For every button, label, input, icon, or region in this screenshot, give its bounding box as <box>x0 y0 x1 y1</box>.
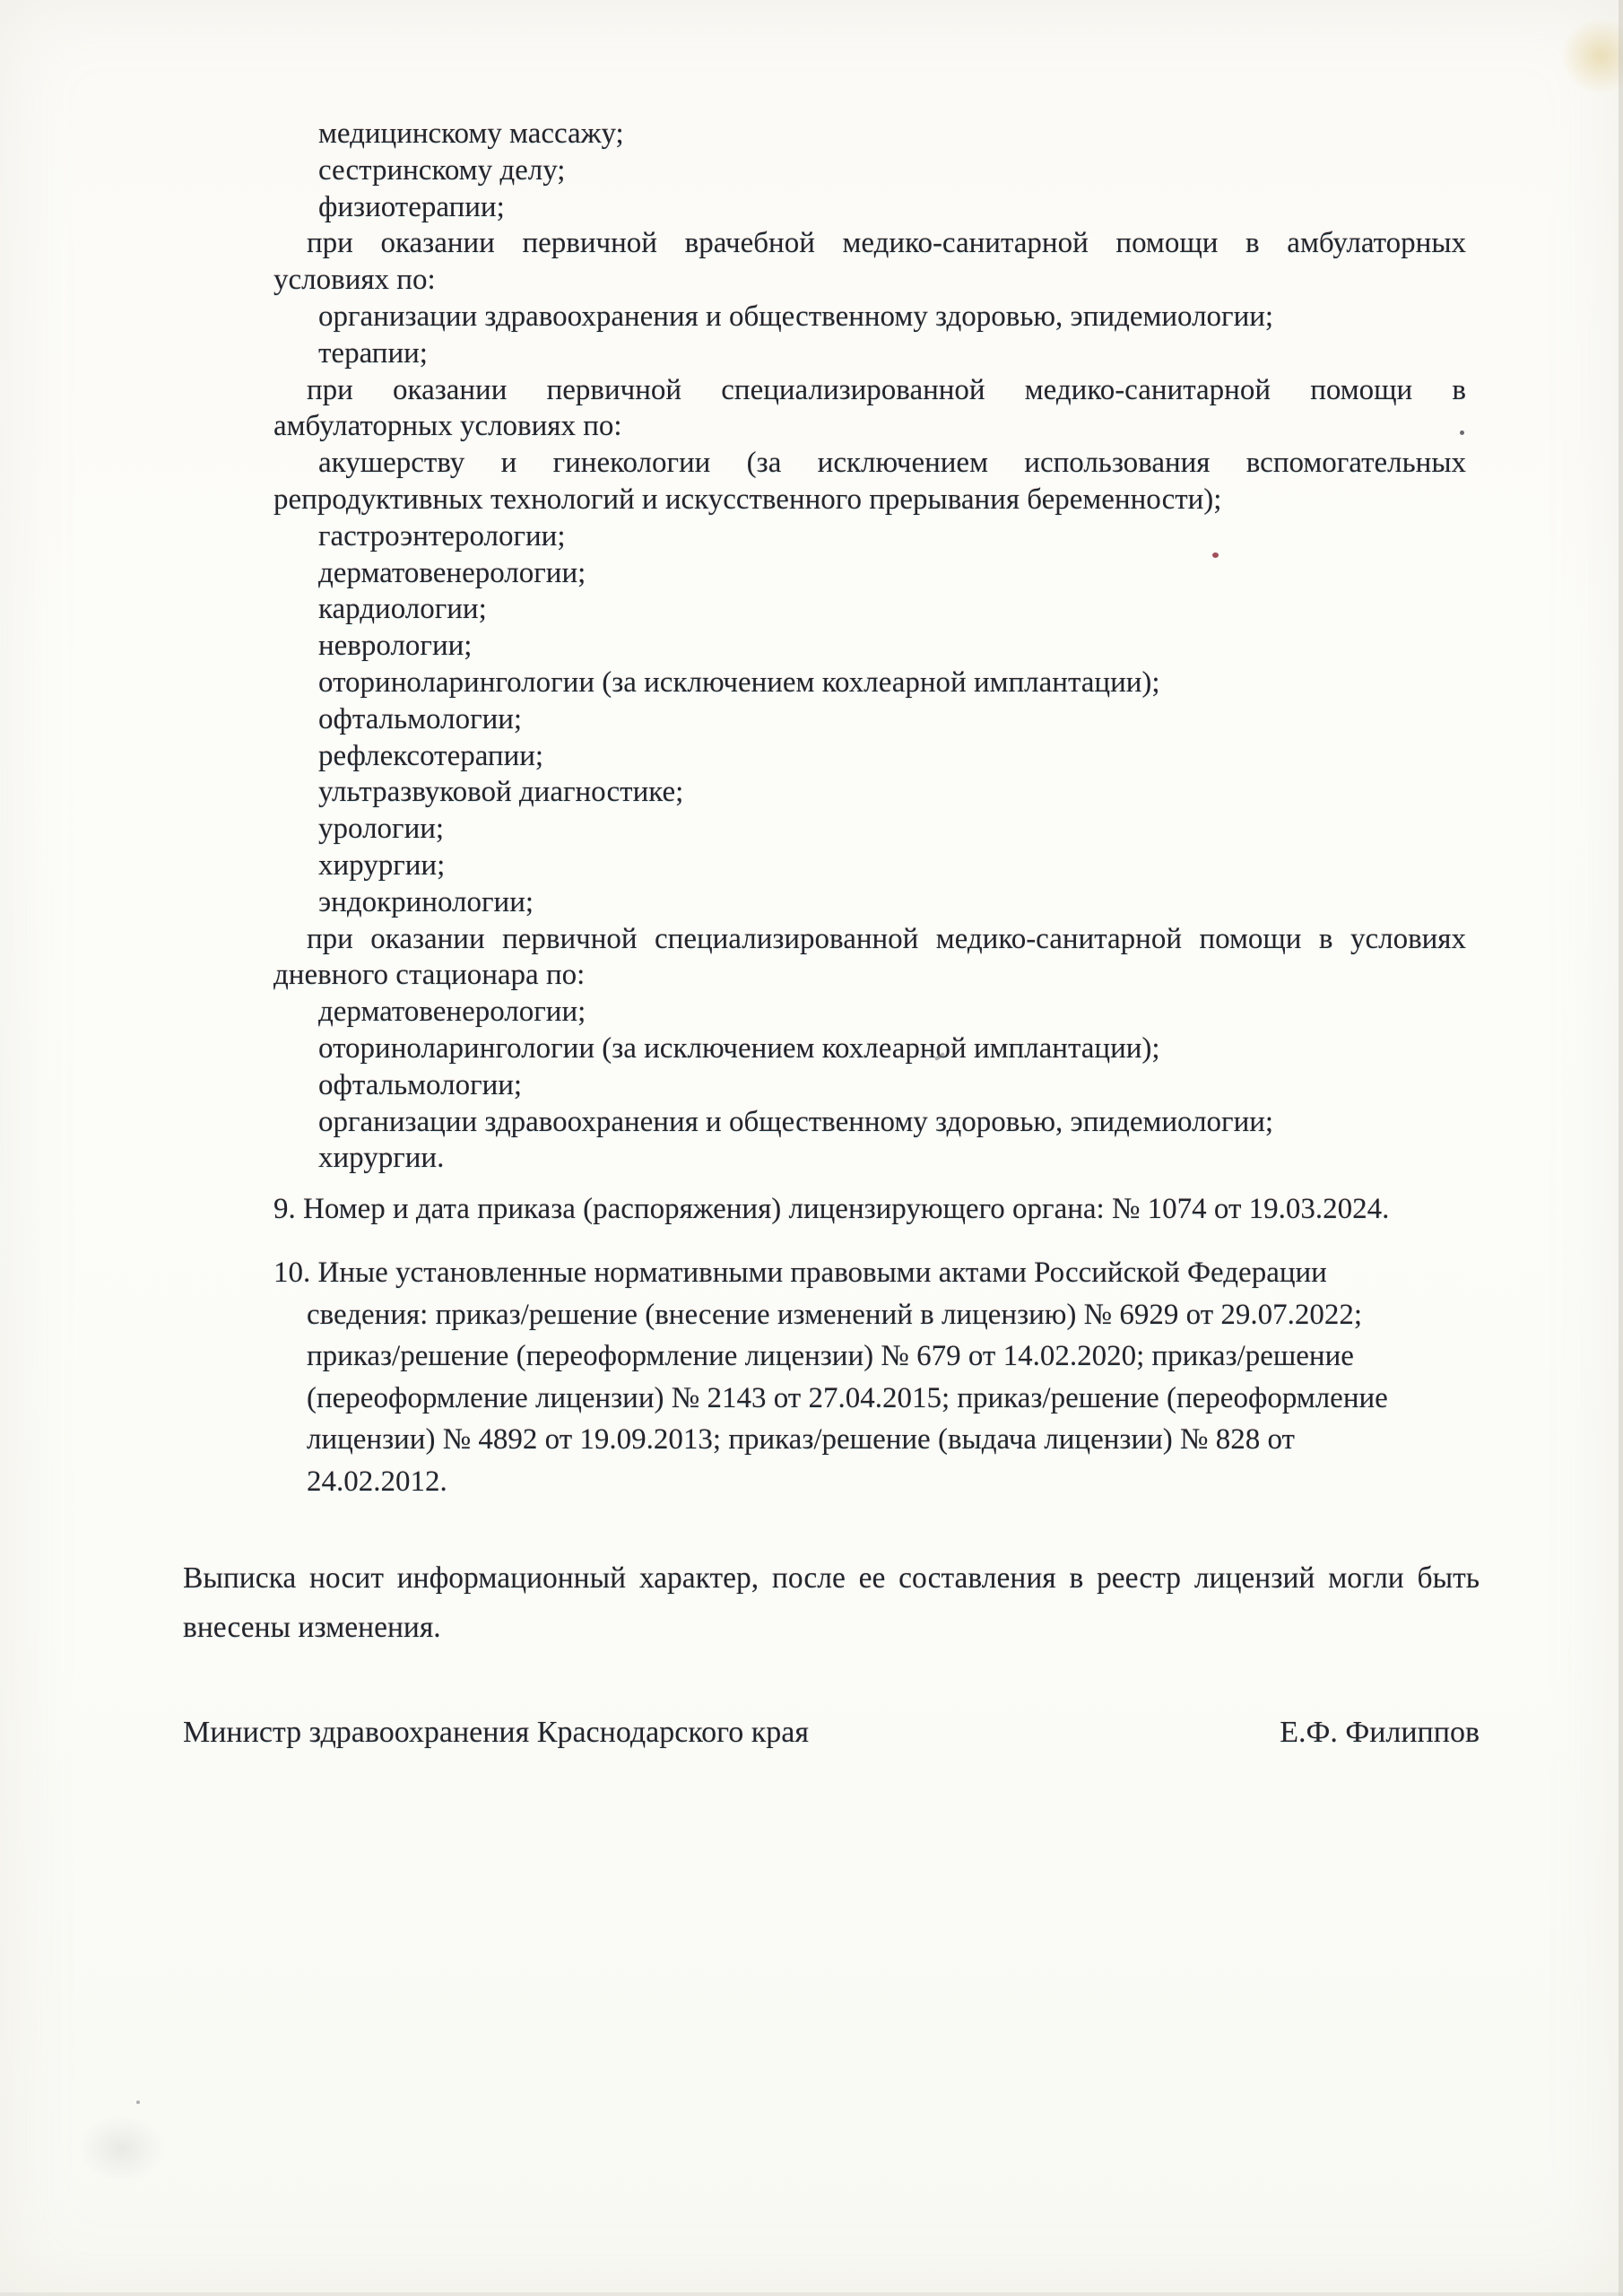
text-line: физиотерапии; <box>273 189 1466 226</box>
text-line: хирургии. <box>273 1140 1466 1177</box>
text-line: дневного стационара по: <box>273 957 1466 994</box>
text-line: организации здравоохранения и общественн… <box>273 1104 1466 1141</box>
text-line: организации здравоохранения и общественн… <box>273 299 1466 335</box>
text-line: неврологии; <box>273 628 1466 665</box>
signatory-title: Министр здравоохранения Краснодарского к… <box>183 1715 809 1751</box>
text-line: медицинскому массажу; <box>273 116 1466 152</box>
text-line: (переоформление лицензии) № 2143 от 27.0… <box>273 1378 1466 1420</box>
text-line: внесены изменения. <box>183 1603 1480 1652</box>
text-line: урологии; <box>273 811 1466 848</box>
scan-edge-right <box>1619 0 1623 2296</box>
text-line: хирургии; <box>273 848 1466 884</box>
text-line: офтальмологии; <box>273 701 1466 738</box>
text-line: оториноларингологии (за исключением кохл… <box>273 1031 1466 1067</box>
text-line: дерматовенерологии; <box>273 994 1466 1031</box>
text-line: приказ/решение (переоформление лицензии)… <box>273 1335 1466 1378</box>
text-line: при оказании первичной специализированно… <box>273 372 1466 409</box>
signatory-name: Е.Ф. Филиппов <box>1280 1715 1480 1751</box>
text-line: репродуктивных технологий и искусственно… <box>273 482 1466 518</box>
scan-artifact-bottom-smudge <box>79 2115 164 2182</box>
scanned-document-page: медицинскому массажу; сестринскому делу;… <box>0 0 1623 2296</box>
text-line: акушерству и гинекологии (за исключением… <box>273 445 1466 482</box>
text-line: 24.02.2012. <box>273 1461 1466 1503</box>
text-line: кардиологии; <box>273 591 1466 628</box>
text-line: рефлексотерапии; <box>273 738 1466 775</box>
license-activities-list: медицинскому массажу; сестринскому делу;… <box>273 116 1466 1177</box>
text-line: оториноларингологии (за исключением кохл… <box>273 665 1466 701</box>
signature-row: Министр здравоохранения Краснодарского к… <box>183 1715 1480 1751</box>
text-line: гастроэнтерологии; <box>273 518 1466 555</box>
text-line: лицензии) № 4892 от 19.09.2013; приказ/р… <box>273 1419 1466 1461</box>
text-line: эндокринологии; <box>273 884 1466 921</box>
text-line: Выписка носит информационный характер, п… <box>183 1553 1480 1603</box>
text-line: условиях по: <box>273 262 1466 299</box>
scan-artifact-yellow-smudge <box>1560 18 1623 94</box>
text-line: ультразвуковой диагностике; <box>273 774 1466 811</box>
text-line: сведения: приказ/решение (внесение измен… <box>273 1294 1466 1336</box>
clause-10: 10. Иные установленные нормативными прав… <box>273 1252 1466 1503</box>
text-line: при оказании первичной специализированно… <box>273 921 1466 958</box>
clause-9: 9. Номер и дата приказа (распоряжения) л… <box>273 1191 1466 1228</box>
text-line: амбулаторных условиях по: <box>273 408 1466 445</box>
text-line: офтальмологии; <box>273 1067 1466 1104</box>
text-line: сестринскому делу; <box>273 152 1466 189</box>
text-line: при оказании первичной врачебной медико-… <box>273 225 1466 262</box>
clause-9-text: 9. Номер и дата приказа (распоряжения) л… <box>273 1191 1466 1228</box>
scan-edge-bottom <box>0 2292 1623 2296</box>
text-line: терапии; <box>273 335 1466 372</box>
text-line: дерматовенерологии; <box>273 555 1466 592</box>
scan-artifact-bottom-dot <box>136 2100 140 2104</box>
disclaimer-paragraph: Выписка носит информационный характер, п… <box>183 1553 1480 1652</box>
text-line: 10. Иные установленные нормативными прав… <box>273 1252 1466 1294</box>
